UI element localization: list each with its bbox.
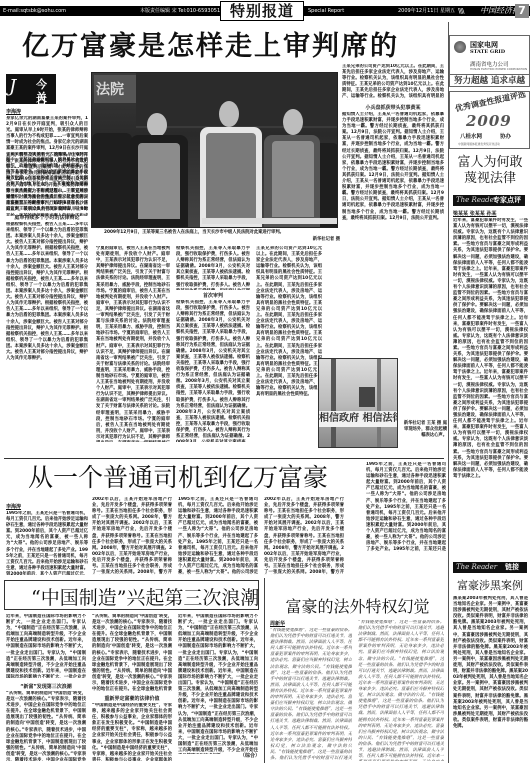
second-col2: 2002年以后，王某开始进军房地产行业，先后开发多个楼盘，并获得多项荣誉称号。王…: [92, 497, 172, 575]
decorative-stripes-icon: \\\\: [458, 7, 463, 15]
focus-script-logo: J: [9, 76, 16, 97]
newspaper-brand: 中国经济报: [480, 5, 520, 17]
photo-sign: [359, 387, 375, 407]
main-col3-text: 检察机关指控，王某等人采取暴力手段，强行收取保护费，打伤多人。被告人辩称其行为系…: [176, 300, 250, 442]
fourth-col2: “有钱能使鬼推磨”，这是一些富豪的信条。他们认为凭借手中的财富可以打通关节，逃避…: [358, 620, 444, 761]
main-col2-text: 宁夏的庭审后，被告人王某在当地被判处有期徒刑，并没收个人财产。庭审中，王某表示对…: [96, 246, 170, 442]
expert-bar-script: The Reader: [456, 195, 497, 206]
third-col1b: “从传统、简单的制造向‘中国创造’转变，是这一次浪潮的核心。”专家表示，随着技术…: [6, 691, 86, 761]
main-subhead-3: 小兵盘抓获带头犯事黄某: [342, 104, 444, 111]
expert-text: 近年来，富豪犯罪案件时有发生，一些富人认为有钱可以摆平一切，漠视法律权威。专家认…: [453, 218, 528, 556]
main-byline: 李海涛: [6, 108, 21, 115]
third-col1: 近年来，中国制造在国际市场的影响力不断扩大，一批企业走出国门。专家认为，“中国制…: [6, 614, 86, 678]
photo-crowd-left: [92, 133, 132, 228]
third-col3: 近年来，中国制造在国际市场的影响力不断扩大，一批企业走出国门。专家认为，“中国制…: [178, 614, 258, 754]
third-headline: “中国制造”兴起第三次浪潮: [31, 583, 259, 610]
defendant-2-head: [219, 101, 239, 127]
sidebar-title-line2: 蔑视法律: [450, 171, 530, 187]
main-col5-text: 据知情人士介绍，王某从一名普通司机起家，依靠暴力手段迅速积累财富，并逐步控制当地…: [342, 112, 444, 352]
photo-pole: [377, 359, 381, 448]
photo-tree: [331, 359, 336, 448]
main-col4-text: 王某兄弟的公司资产达到10亿元以上。在此期间，王某先后担任多家企业法定代表人，涉…: [256, 246, 322, 442]
header-email: E-mail:sqtsbk@sohu.com: [3, 6, 66, 16]
main-col1b-text: 根据检察机关指控，被告人王某……多年以来组织、领导了一个以暴力为后盾的犯罪集团。…: [6, 222, 88, 444]
expert-bar-label: 专家点评: [493, 195, 521, 206]
third-end-mark: （综合）: [240, 752, 260, 759]
ad-slogan: 努力超越 追求卓越: [450, 74, 529, 88]
fourth-headline: 富豪的法外特权幻觉: [275, 594, 440, 617]
protest-banner: 相信政府 相信法律: [319, 411, 398, 427]
link-bar-label: 链接: [505, 562, 519, 573]
today-focus-box: J 今日 关注: [6, 74, 56, 104]
second-byline: 李海涛: [6, 503, 21, 510]
main-col5a-text: 王某兄弟的公司资产达到10亿元以上。在此期间，王某先后担任多家企业法定代表人，涉…: [342, 64, 444, 100]
protest-photo-caption: 新华社记者 王某 摄 庭审现场外，群众拉起横幅表达心声。: [402, 421, 447, 439]
photo-credit: 新华社记者 摄: [270, 236, 340, 242]
court-rail: [202, 218, 338, 224]
link-text: 黑某案2003年被判处死刑，其人曾是当地知名企业家。另一案例中，某富豪因涉黑被判…: [453, 596, 528, 761]
header-editor: 本版责任编辑 宋 Tel:010-65930519: [140, 6, 223, 16]
section-title: 特别报道: [220, 1, 304, 21]
main-subhead-2: 首次审判: [176, 292, 250, 299]
fourth-col1: “有钱能使鬼推磨”，这是一些富豪的信条。他们认为凭借手中的财富可以打通关节，逃避…: [270, 628, 352, 761]
expert-commentary-bar: The Reader 专家点评: [453, 195, 525, 206]
expert-byline: 梁某某 张某某 孙某: [453, 210, 496, 217]
issue-date: 2009年12月11日 星期五: [398, 6, 455, 16]
defendant-3-head: [283, 109, 303, 135]
award-ad: 优秀调查性报道评选 2009 八桂水网 协办 中国新闻媒体报道优秀奖评选活动: [449, 91, 530, 149]
section-divider-1: [4, 458, 444, 459]
main-col1-text: 王某案被称为湖南第一大涉黑案。在审判过程中，王某兄弟涉嫌组织、领导黑社会性质组织…: [6, 152, 88, 210]
page-number: 7: [515, 4, 529, 18]
defendant-2-vest: [206, 133, 256, 219]
third-col2: “从传统、简单的制造向‘中国创造’转变，是这一次浪潮的核心。”专家表示，随着技术…: [92, 614, 172, 692]
third-headline-box: “中国制造”兴起第三次浪潮: [4, 580, 259, 610]
state-grid-logo-icon: [454, 41, 466, 53]
third-subhead: “新富”发现第三次浪潮: [6, 683, 86, 690]
defendant-1-vest: [138, 143, 180, 219]
protest-photo: 相信政府 相信法律: [318, 358, 398, 448]
link-bar: The Reader 链接: [453, 562, 527, 573]
story-divider: [264, 578, 265, 763]
sidebar-column-title: 富人为何敢 蔑视法律: [450, 155, 530, 187]
page-header: E-mail:sqtsbk@sohu.com 本版责任编辑 宋 Tel:010-…: [0, 0, 530, 22]
award-org: 八桂水网: [460, 132, 482, 140]
main-headline: 亿万富豪是怎样走上审判席的: [22, 30, 422, 64]
link-title: 富豪涉黑案例: [450, 577, 530, 593]
second-col3: 1995年之前，王某还只是一名普通司机，每月工资仅几百元。后来他开始涉足运输和砂…: [178, 497, 258, 575]
defendant-3-vest: [272, 141, 314, 217]
state-grid-ad: 国家电网 STATE GRID 湖南省电力公司 HUNAN ELECTRIC P…: [449, 35, 530, 87]
second-headline: 从一个普通司机到亿万富豪: [28, 463, 358, 493]
third-col2b: “中国制造是中国经济的重要支柱”，专家称，越来越多的企业家开始关注社会责任，积极…: [92, 703, 172, 761]
third-subhead-2: 重新界定富豪的法律价值: [92, 695, 172, 702]
courtroom-photo: 法院: [91, 72, 338, 228]
link-bar-script: The Reader: [456, 562, 497, 573]
award-year: 2009: [466, 112, 512, 130]
court-sign: 法院: [94, 75, 136, 103]
second-col4: 2002年以后，王某开始进军房地产行业，先后开发多个楼盘，并获得多项荣誉称号。王…: [264, 497, 344, 575]
sidebar-title-line1: 富人为何敢: [450, 155, 530, 171]
second-col1: 1995年之前，王某还只是一名普通司机，每月工资仅几百元。后来他开始涉足运输和砂…: [6, 511, 88, 575]
ad-company-en: STATE GRID: [470, 49, 505, 55]
defendant-1-head: [147, 113, 167, 137]
award-fine-print: 中国新闻媒体报道优秀奖评选活动: [458, 142, 500, 146]
main-subhead-1: 庭审持续多个小时的法律辩论: [6, 214, 88, 221]
main-col3a-text: 检察机关指控，王某等人采取暴力手段，强行收取保护费，打伤多人。被告人辩称其行为系…: [176, 246, 250, 290]
fourth-byline: 周新华: [270, 620, 285, 627]
ad-subsidiary-en: HUNAN ELECTRIC POWER CORPORATION: [470, 67, 527, 71]
second-side-text: 1995年之前，王某还只是一名普通司机，每月工资仅几百元。后来他开始涉足运输和砂…: [366, 462, 446, 552]
section-title-en: Special Report: [308, 6, 344, 16]
award-co: 协办: [500, 132, 511, 140]
